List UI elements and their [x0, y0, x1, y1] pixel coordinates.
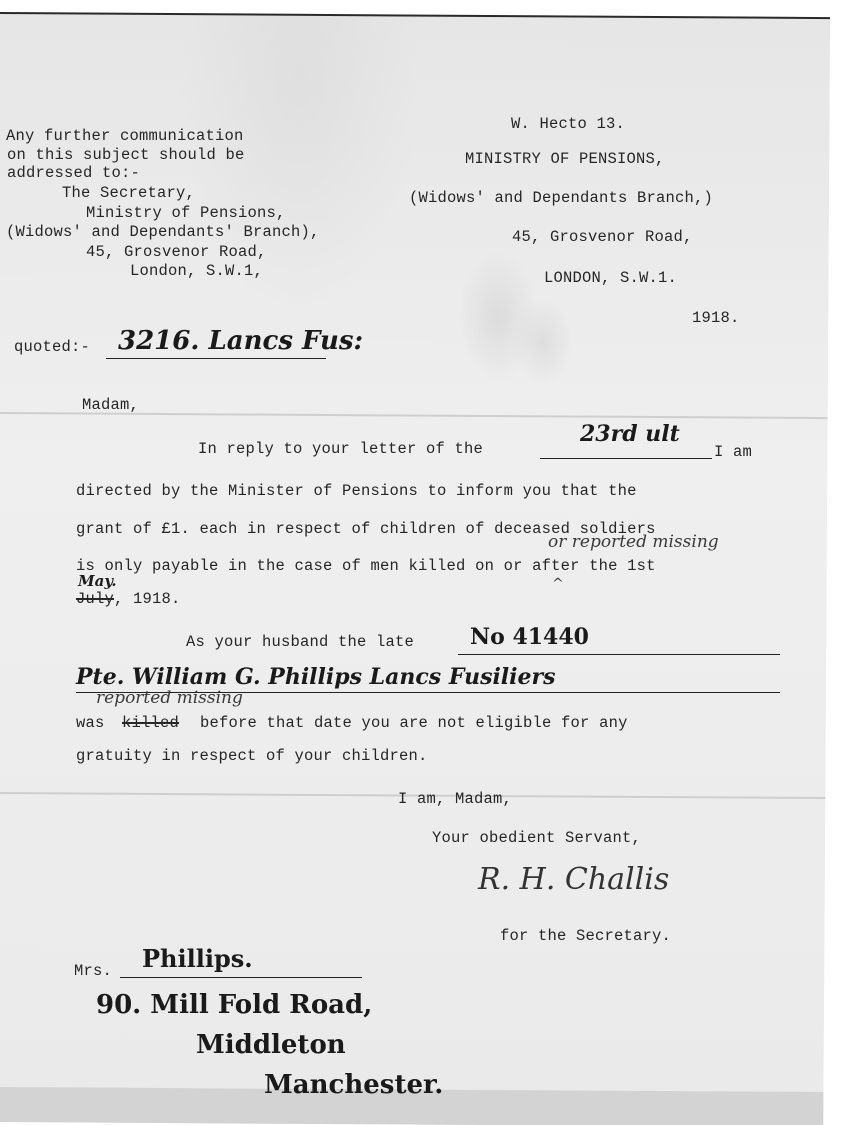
- date-underline: [540, 458, 712, 459]
- signature: R. H. Challis: [478, 862, 669, 897]
- salutation: Madam,: [82, 396, 139, 415]
- address-line: Middleton: [196, 1030, 346, 1060]
- addressee-name-handwritten: Phillips.: [142, 944, 253, 973]
- month-struck: July: [76, 590, 114, 609]
- month-handwritten: May.: [78, 572, 117, 590]
- paragraph2-was: was: [76, 714, 105, 733]
- quoted-underline: [106, 358, 326, 359]
- struck-word: killed: [122, 714, 179, 733]
- quoted-label: quoted:-: [14, 338, 90, 357]
- closing-line2: Your obedient Servant,: [432, 829, 641, 848]
- quoted-reference-handwritten: 3216. Lancs Fus:: [118, 326, 363, 356]
- left-line: Any further communication: [6, 127, 244, 146]
- closing-line3: for the Secretary.: [500, 927, 671, 946]
- service-number-handwritten: No 41440: [470, 624, 589, 650]
- left-line: London, S.W.1,: [130, 262, 263, 281]
- paragraph2-line1: As your husband the late: [186, 633, 414, 652]
- left-line: (Widows' and Dependants' Branch),: [6, 223, 320, 242]
- city-address: LONDON, S.W.1.: [544, 269, 677, 288]
- street-address: 45, Grosvenor Road,: [512, 228, 693, 247]
- paragraph2-line4: gratuity in respect of your children.: [76, 747, 428, 766]
- service-number-underline: [458, 654, 780, 655]
- paragraph1-line2: directed by the Minister of Pensions to …: [76, 482, 637, 501]
- left-line: Ministry of Pensions,: [86, 204, 286, 223]
- insertion-handwritten: or reported missing: [548, 532, 719, 552]
- paragraph1-line4: is only payable in the case of men kille…: [76, 557, 656, 576]
- reply-date-handwritten: 23rd ult: [580, 421, 680, 447]
- left-line: addressed to:-: [7, 164, 140, 183]
- letter-year: 1918.: [692, 309, 740, 328]
- ministry-name: MINISTRY OF PENSIONS,: [465, 150, 665, 169]
- left-line: The Secretary,: [62, 184, 195, 203]
- left-line: on this subject should be: [7, 146, 245, 165]
- paragraph1-line1: In reply to your letter of the: [198, 440, 483, 459]
- address-line: 90. Mill Fold Road,: [96, 990, 372, 1020]
- paragraph1-line5: , 1918.: [114, 590, 181, 609]
- soldier-name-handwritten: Pte. William G. Phillips Lancs Fusiliers: [76, 664, 556, 690]
- addressee-prefix: Mrs.: [74, 962, 112, 981]
- reference-number: W. Hecto 13.: [511, 115, 625, 134]
- branch-name: (Widows' and Dependants Branch,): [409, 189, 713, 208]
- caret-mark: ^: [552, 576, 564, 592]
- paragraph1-line1-suffix: I am: [714, 443, 752, 462]
- left-line: 45, Grosvenor Road,: [86, 243, 267, 262]
- paragraph2-line3: before that date you are not eligible fo…: [200, 714, 628, 733]
- address-line: Manchester.: [264, 1070, 443, 1100]
- correction-handwritten: reported missing: [96, 688, 243, 708]
- closing-line1: I am, Madam,: [398, 790, 512, 809]
- addressee-underline: [120, 977, 362, 978]
